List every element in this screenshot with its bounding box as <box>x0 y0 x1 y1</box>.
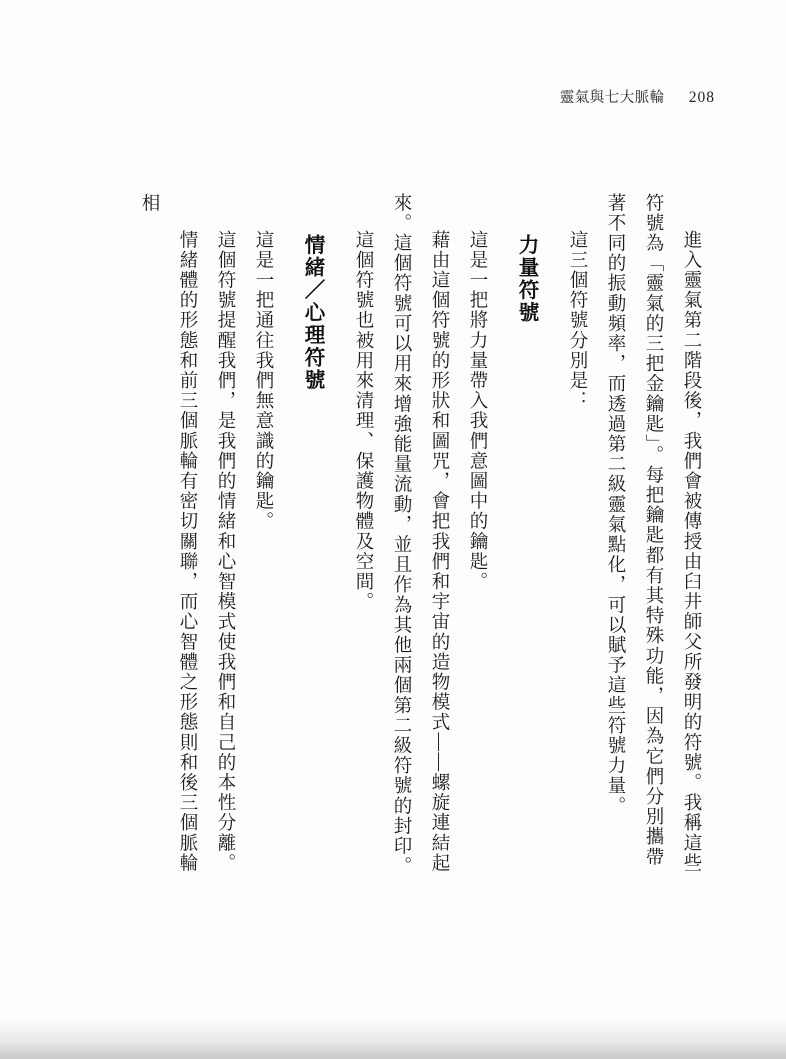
paragraph-three-symbols-lead-in: 這三個符號分別是： <box>558 193 596 879</box>
paragraph-emotion-mind-patterns: 這個符號提醒我們，是我們的情緒和心智模式使我們和自己的本性分離。 <box>206 193 244 879</box>
paragraph-power-key: 這是一把將力量帶入我們意圖中的鑰匙。 <box>458 193 496 879</box>
book-page: 靈氣與七大脈輪208 進入靈氣第二階段後，我們會被傳授由臼井師父所發明的符號。我… <box>0 0 786 1059</box>
paragraph-intro-symbols: 進入靈氣第二階段後，我們會被傳授由臼井師父所發明的符號。我稱這些符號為「靈氣的三… <box>596 193 710 879</box>
paragraph-emotional-body-chakras: 情緒體的形態和前三個脈輪有密切關聯，而心智體之形態則和後三個脈輪相 <box>130 193 206 879</box>
paragraph-power-cleansing: 這個符號也被用來清理、保護物體及空間。 <box>344 193 382 879</box>
page-number: 208 <box>689 89 715 106</box>
page-bottom-scan-shadow <box>0 1017 786 1059</box>
paragraph-unconscious-key: 這是一把通往我們無意識的鑰匙。 <box>244 193 282 879</box>
running-title: 靈氣與七大脈輪 <box>560 90 665 106</box>
running-head: 靈氣與七大脈輪208 <box>560 86 715 107</box>
paragraph-power-spiral: 藉由這個符號的形狀和圖咒，會把我們和宇宙的造物模式——螺旋連結起來。這個符號可以… <box>382 193 458 879</box>
heading-power-symbol: 力量符號 <box>506 193 546 879</box>
heading-emotional-mental-symbol: 情緒／心理符號 <box>292 193 332 879</box>
body-text: 進入靈氣第二階段後，我們會被傳授由臼井師父所發明的符號。我稱這些符號為「靈氣的三… <box>130 193 710 879</box>
